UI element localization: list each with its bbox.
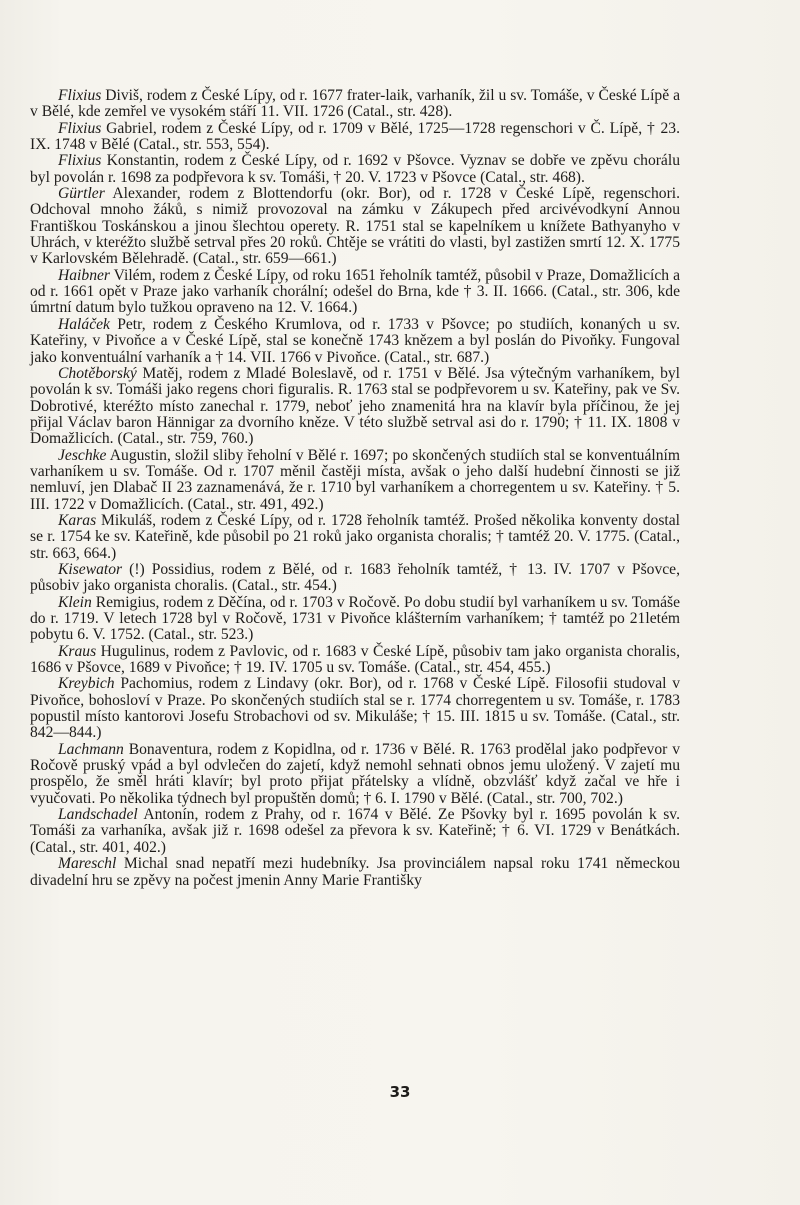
book-page: Flixius Diviš, rodem z České Lípy, od r.…	[0, 0, 800, 1205]
entry-text: (!) Possidius, rodem z Bělé, od r. 1683 …	[30, 561, 680, 594]
entry-surname: Mareschl	[58, 855, 116, 872]
entry-text: Remigius, rodem z Děčína, od r. 1703 v R…	[30, 594, 680, 644]
entry-klein: Klein Remigius, rodem z Děčína, od r. 17…	[30, 595, 680, 644]
entry-karas: Karas Mikuláš, rodem z České Lípy, od r.…	[30, 513, 680, 562]
entry-surname: Haláček	[58, 316, 110, 333]
entry-text: Konstantin, rodem z České Lípy, od r. 16…	[30, 152, 680, 185]
entry-surname: Chotěborský	[58, 365, 137, 382]
entry-surname: Lachmann	[58, 741, 124, 758]
entry-surname: Karas	[58, 512, 96, 529]
entry-haibner: Haibner Vilém, rodem z České Lípy, od ro…	[30, 268, 680, 317]
entry-text: Augustin, složil sliby řeholní v Bělé r.…	[30, 447, 680, 513]
entry-surname: Jeschke	[58, 447, 106, 464]
entry-surname: Flixius	[58, 152, 101, 169]
entry-jeschke: Jeschke Augustin, složil sliby řeholní v…	[30, 448, 680, 513]
entry-surname: Landschadel	[58, 806, 138, 823]
entry-kraus: Kraus Hugulinus, rodem z Pavlovic, od r.…	[30, 644, 680, 677]
entry-text: Petr, rodem z Českého Krumlova, od r. 17…	[30, 316, 680, 366]
entry-lachmann: Lachmann Bonaventura, rodem z Kopidlna, …	[30, 742, 680, 807]
page-number: 33	[0, 1083, 800, 1101]
entry-flixius-konstantin: Flixius Konstantin, rodem z České Lípy, …	[30, 153, 680, 186]
entry-choteborsky: Chotěborský Matěj, rodem z Mladé Bolesla…	[30, 366, 680, 448]
entry-surname: Kreybich	[58, 675, 115, 692]
entry-text: Gabriel, rodem z České Lípy, od r. 1709 …	[30, 120, 680, 153]
entry-surname: Flixius	[58, 87, 101, 104]
entry-text: Michal snad nepatří mezi hudebníky. Jsa …	[30, 855, 680, 888]
entry-surname: Gürtler	[58, 185, 105, 202]
entry-surname: Klein	[58, 594, 92, 611]
entry-surname: Kraus	[58, 643, 96, 660]
entry-kisewator: Kisewator (!) Possidius, rodem z Bělé, o…	[30, 562, 680, 595]
entry-text: Mikuláš, rodem z České Lípy, od r. 1728 …	[30, 512, 680, 562]
entry-landschadel: Landschadel Antonín, rodem z Prahy, od r…	[30, 807, 680, 856]
entry-kreybich: Kreybich Pachomius, rodem z Lindavy (okr…	[30, 676, 680, 741]
entry-surname: Flixius	[58, 120, 101, 137]
entry-flixius-gabriel: Flixius Gabriel, rodem z České Lípy, od …	[30, 121, 680, 154]
entry-surname: Haibner	[58, 267, 110, 284]
entry-text: Vilém, rodem z České Lípy, od roku 1651 …	[30, 267, 680, 317]
entry-flixius-divis: Flixius Diviš, rodem z České Lípy, od r.…	[30, 88, 680, 121]
dictionary-entries: Flixius Diviš, rodem z České Lípy, od r.…	[30, 88, 680, 889]
entry-halacek: Haláček Petr, rodem z Českého Krumlova, …	[30, 317, 680, 366]
entry-mareschl: Mareschl Michal snad nepatří mezi hudebn…	[30, 856, 680, 889]
entry-text: Pachomius, rodem z Lindavy (okr. Bor), o…	[30, 675, 680, 741]
entry-text: Bonaventura, rodem z Kopidlna, od r. 173…	[30, 741, 680, 807]
entry-text: Alexander, rodem z Blottendorfu (okr. Bo…	[30, 185, 680, 267]
entry-gurtler: Gürtler Alexander, rodem z Blottendorfu …	[30, 186, 680, 268]
entry-surname: Kisewator	[58, 561, 122, 578]
entry-text: Diviš, rodem z České Lípy, od r. 1677 fr…	[30, 87, 680, 120]
entry-text: Hugulinus, rodem z Pavlovic, od r. 1683 …	[30, 643, 680, 676]
